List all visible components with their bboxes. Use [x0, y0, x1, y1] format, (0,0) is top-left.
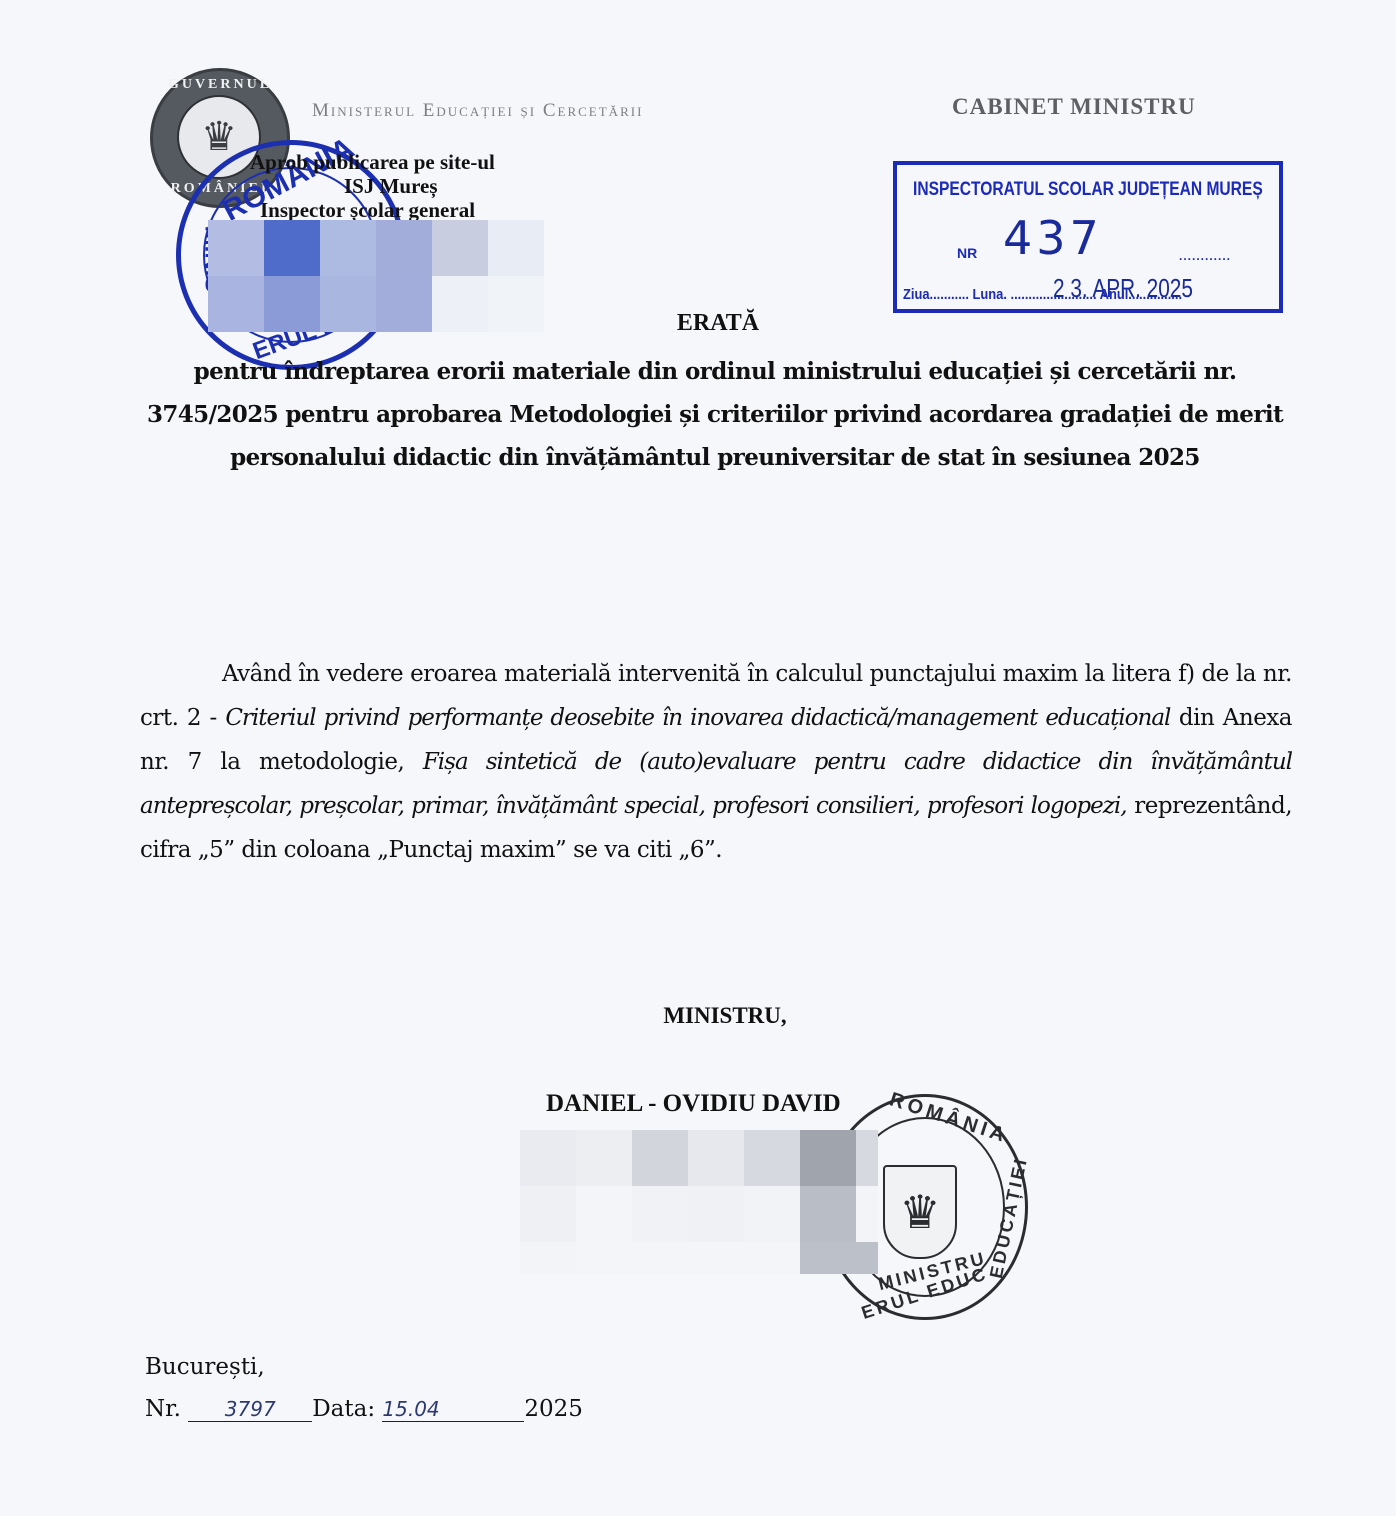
cabinet-heading: CABINET MINISTRU — [952, 94, 1196, 120]
issue-number-date: Nr. 3797Data: 15.042025 — [145, 1396, 583, 1422]
date-value: 15.04 — [382, 1397, 524, 1422]
year: 2025 — [524, 1396, 583, 1422]
document-body: Având în vedere eroarea materială interv… — [140, 652, 1292, 872]
redacted-signature — [520, 1130, 878, 1274]
approval-note: Aprob publicarea pe site-ul ISJ Mureș In… — [250, 150, 495, 222]
ministry-name: Ministerul Educației și Cercetării — [312, 100, 643, 122]
document-page: GUVERNUL ♛ ROMÂNIEI Ministerul Educației… — [0, 0, 1396, 1516]
registry-nr-dots: ............ — [1179, 249, 1231, 263]
body-italic-criteria: Criteriul privind performanțe deosebite … — [225, 705, 1170, 731]
coat-of-arms-icon: ♛ — [883, 1165, 957, 1259]
document-subtitle: pentru îndreptarea erorii materiale din … — [140, 350, 1290, 479]
date-label: Data: — [312, 1396, 375, 1422]
approval-line: Inspector școlar general — [250, 198, 495, 222]
gov-seal-top-text: GUVERNUL — [153, 77, 287, 93]
registry-date-labels: Ziua........... Luna. ..................… — [903, 286, 1182, 303]
issue-city: București, — [145, 1354, 265, 1380]
registry-nr-value: 437 — [1003, 211, 1103, 265]
approval-line: ISJ Mureș — [250, 174, 495, 198]
registry-stamp: INSPECTORATUL SCOLAR JUDEȚEAN MUREȘ NR 4… — [893, 161, 1283, 313]
approval-line: Aprob publicarea pe site-ul — [250, 150, 495, 174]
registry-nr-label: NR — [957, 245, 977, 261]
document-title: ERATĂ — [0, 310, 1396, 337]
signatory-name: DANIEL - OVIDIU DAVID — [546, 1090, 841, 1118]
nr-label: Nr. — [145, 1396, 181, 1422]
nr-value: 3797 — [188, 1397, 312, 1422]
signatory-role: MINISTRU, — [0, 1003, 1396, 1029]
coat-of-arms-icon: ♛ — [201, 114, 237, 160]
registry-stamp-title: INSPECTORATUL SCOLAR JUDEȚEAN MUREȘ — [913, 179, 1263, 201]
